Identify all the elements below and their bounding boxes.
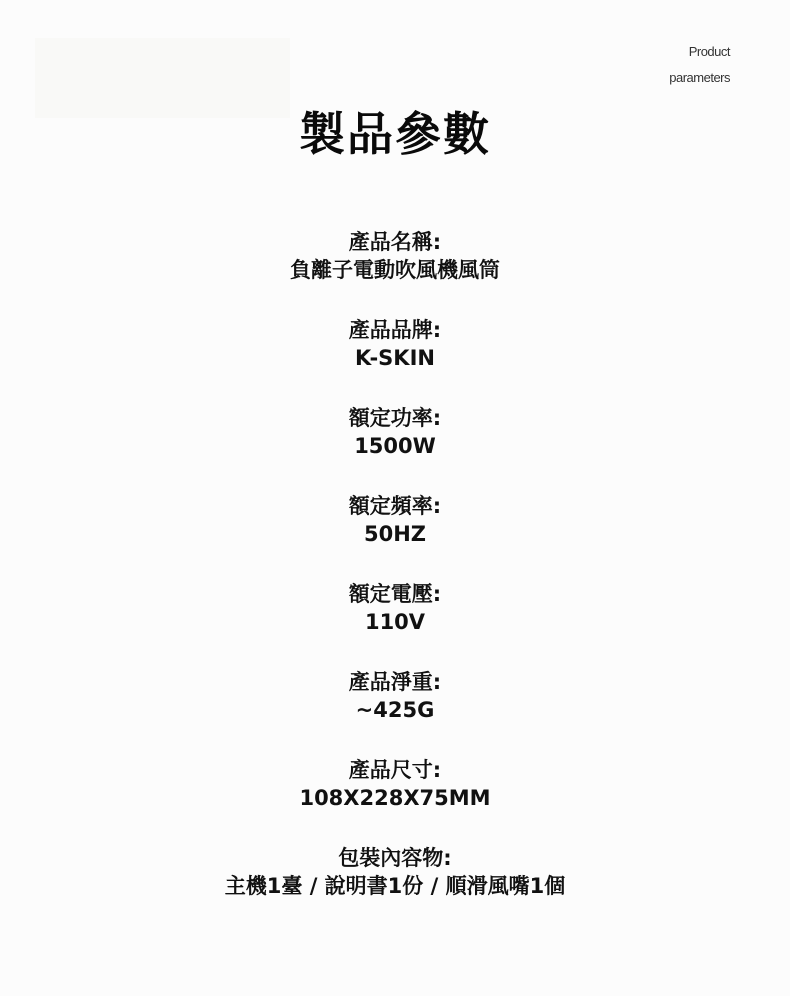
param-rated-voltage: 額定電壓: 110V: [0, 580, 790, 636]
param-value: 主機1臺 / 說明書1份 / 順滑風嘴1個: [0, 872, 790, 900]
param-label: 包裝內容物:: [0, 844, 790, 872]
param-value: 50HZ: [0, 520, 790, 548]
param-label: 額定頻率:: [0, 492, 790, 520]
param-package-contents: 包裝內容物: 主機1臺 / 說明書1份 / 順滑風嘴1個: [0, 844, 790, 900]
param-brand: 產品品牌: K-SKIN: [0, 316, 790, 372]
param-value: 110V: [0, 608, 790, 636]
param-rated-power: 額定功率: 1500W: [0, 404, 790, 460]
param-label: 產品品牌:: [0, 316, 790, 344]
param-value: ~425G: [0, 696, 790, 724]
english-label-product: Product: [689, 44, 730, 59]
param-label: 產品尺寸:: [0, 756, 790, 784]
param-label: 額定功率:: [0, 404, 790, 432]
param-value: 負離子電動吹風機風筒: [0, 256, 790, 284]
english-label-parameters: parameters: [669, 70, 730, 85]
page-title: 製品參數: [0, 98, 790, 164]
param-value: 1500W: [0, 432, 790, 460]
param-value: K-SKIN: [0, 344, 790, 372]
param-label: 產品名稱:: [0, 228, 790, 256]
param-rated-frequency: 額定頻率: 50HZ: [0, 492, 790, 548]
parameter-list: 產品名稱: 負離子電動吹風機風筒 產品品牌: K-SKIN 額定功率: 1500…: [0, 228, 790, 932]
param-label: 額定電壓:: [0, 580, 790, 608]
param-product-name: 產品名稱: 負離子電動吹風機風筒: [0, 228, 790, 284]
param-label: 產品淨重:: [0, 668, 790, 696]
param-value: 108X228X75MM: [0, 784, 790, 812]
param-dimensions: 產品尺寸: 108X228X75MM: [0, 756, 790, 812]
param-net-weight: 產品淨重: ~425G: [0, 668, 790, 724]
